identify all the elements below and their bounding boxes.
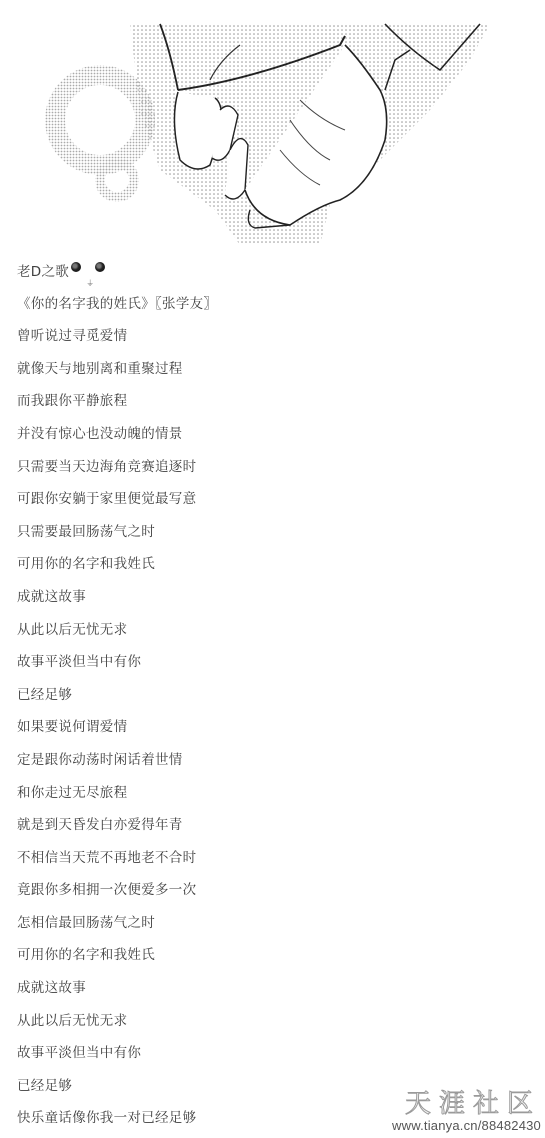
holding-hands-illustration [0, 0, 545, 248]
lyric-line: 并没有惊心也没动魄的情景 [17, 422, 527, 455]
lyric-line: 可用你的名字和我姓氏 [17, 552, 527, 585]
lyrics-body: 老D之歌ᵚ⏚ᵚ 《你的名字我的姓氏》〖张学友〗 曾听说过寻觅爱情 就像天与地别离… [17, 259, 527, 1138]
lyric-line: 曾听说过寻觅爱情 [17, 324, 527, 357]
lyric-line: 故事平淡但当中有你 [17, 1041, 527, 1074]
watermark-url: www.tianya.cn/88482430 [371, 1118, 541, 1134]
lyrics-header: 老D之歌ᵚ⏚ᵚ [17, 259, 527, 292]
lyric-line: 只需要最回肠荡气之时 [17, 520, 527, 553]
lyric-line: 只需要当天边海角竞赛追逐时 [17, 455, 527, 488]
lyric-line: 而我跟你平静旅程 [17, 389, 527, 422]
lyric-line: 就是到天昏发白亦爱得年青 [17, 813, 527, 846]
lyric-line: 就像天与地别离和重聚过程 [17, 357, 527, 390]
lyric-line: 从此以后无忧无求 [17, 618, 527, 651]
lyric-line: 和你走过无尽旅程 [17, 781, 527, 814]
tianya-watermark: 天涯社区 www.tianya.cn/88482430 [371, 1090, 541, 1134]
lyric-line: 怎相信最回肠荡气之时 [17, 911, 527, 944]
lyric-line: 成就这故事 [17, 976, 527, 1009]
wide-eyed-face-emoji-icon: ᵚ⏚ᵚ [69, 259, 113, 279]
lyric-line: 竟跟你多相拥一次便爱多一次 [17, 878, 527, 911]
lyric-line: 可用你的名字和我姓氏 [17, 943, 527, 976]
lyric-line: 不相信当天荒不再地老不合时 [17, 846, 527, 879]
lyric-line: 可跟你安躺于家里便觉最写意 [17, 487, 527, 520]
lyric-line: 定是跟你动荡时闲话着世情 [17, 748, 527, 781]
lyric-line: 从此以后无忧无求 [17, 1009, 527, 1042]
header-text: 老D之歌 [17, 264, 69, 280]
watermark-site-name: 天涯社区 [371, 1090, 541, 1118]
lyric-line: 成就这故事 [17, 585, 527, 618]
song-title: 《你的名字我的姓氏》〖张学友〗 [17, 292, 527, 325]
lyric-line: 如果要说何谓爱情 [17, 715, 527, 748]
lyric-line: 故事平淡但当中有你 [17, 650, 527, 683]
lyric-line: 已经足够 [17, 683, 527, 716]
